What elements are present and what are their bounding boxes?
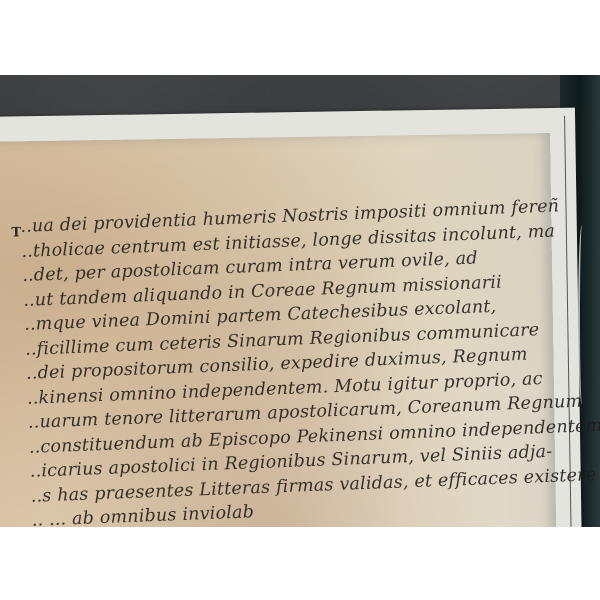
manuscript-photo: T ..ua dei providentia humeris Nostris i…	[0, 75, 600, 527]
handwritten-text: ..ua dei providentia humeris Nostris imp…	[20, 194, 592, 527]
